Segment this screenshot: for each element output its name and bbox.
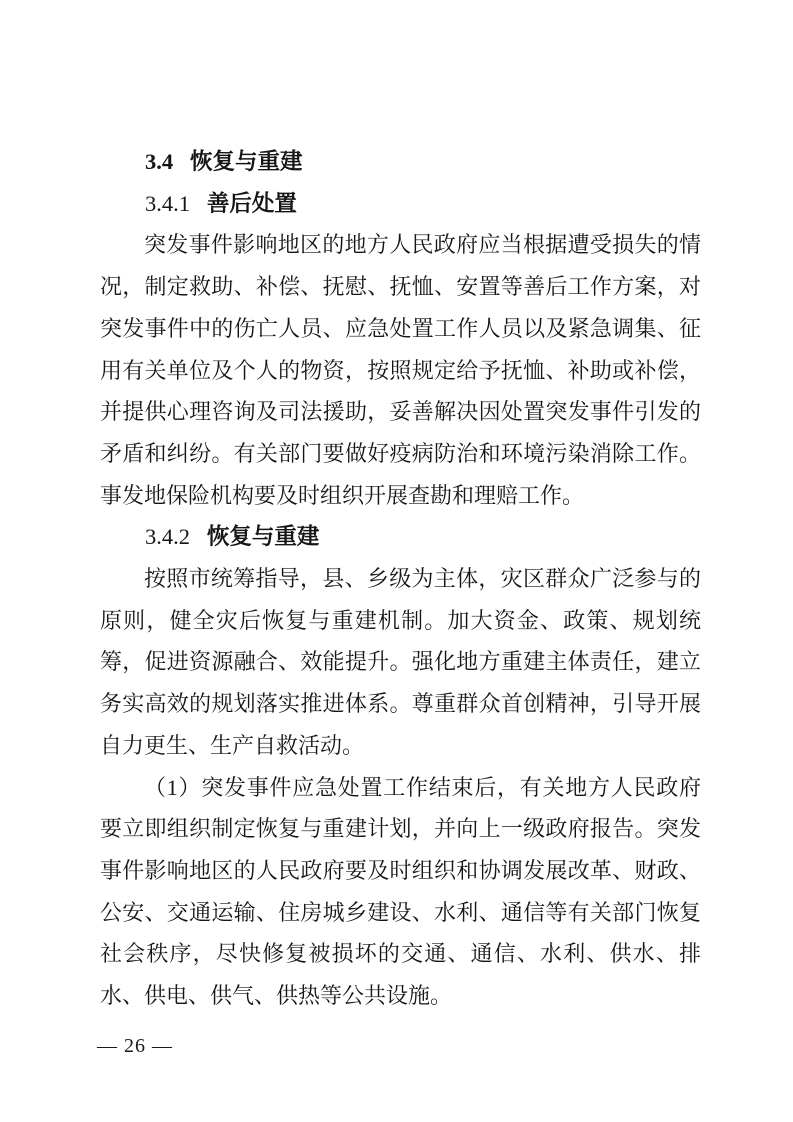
subsection-2-number: 3.4.2 [145, 524, 190, 549]
section-number: 3.4 [145, 149, 173, 174]
paragraph-recovery-item-1: （1）突发事件应急处置工作结束后，有关地方人民政府要立即组织制定恢复与重建计划，… [100, 767, 701, 1017]
subsection-1-title: 善后处置 [207, 191, 297, 216]
subsection-heading-3-4-1: 3.4.1 善后处置 [100, 183, 701, 225]
document-page: 3.4 恢复与重建 3.4.1 善后处置 突发事件影响地区的地方人民政府应当根据… [0, 0, 793, 1122]
subsection-1-number: 3.4.1 [145, 191, 190, 216]
paragraph-recovery-principles: 按照市统筹指导，县、乡级为主体，灾区群众广泛参与的原则，健全灾后恢复与重建机制。… [100, 558, 701, 767]
section-title: 恢复与重建 [190, 149, 303, 174]
subsection-2-title: 恢复与重建 [207, 524, 320, 549]
page-number: — 26 — [97, 1035, 173, 1057]
page-footer: — 26 — [97, 1033, 173, 1059]
subsection-heading-3-4-2: 3.4.2 恢复与重建 [100, 516, 701, 558]
paragraph-aftermath-disposal: 突发事件影响地区的地方人民政府应当根据遭受损失的情况，制定救助、补偿、抚慰、抚恤… [100, 224, 701, 516]
section-heading-3-4: 3.4 恢复与重建 [100, 141, 701, 183]
document-content: 3.4 恢复与重建 3.4.1 善后处置 突发事件影响地区的地方人民政府应当根据… [100, 141, 701, 1017]
